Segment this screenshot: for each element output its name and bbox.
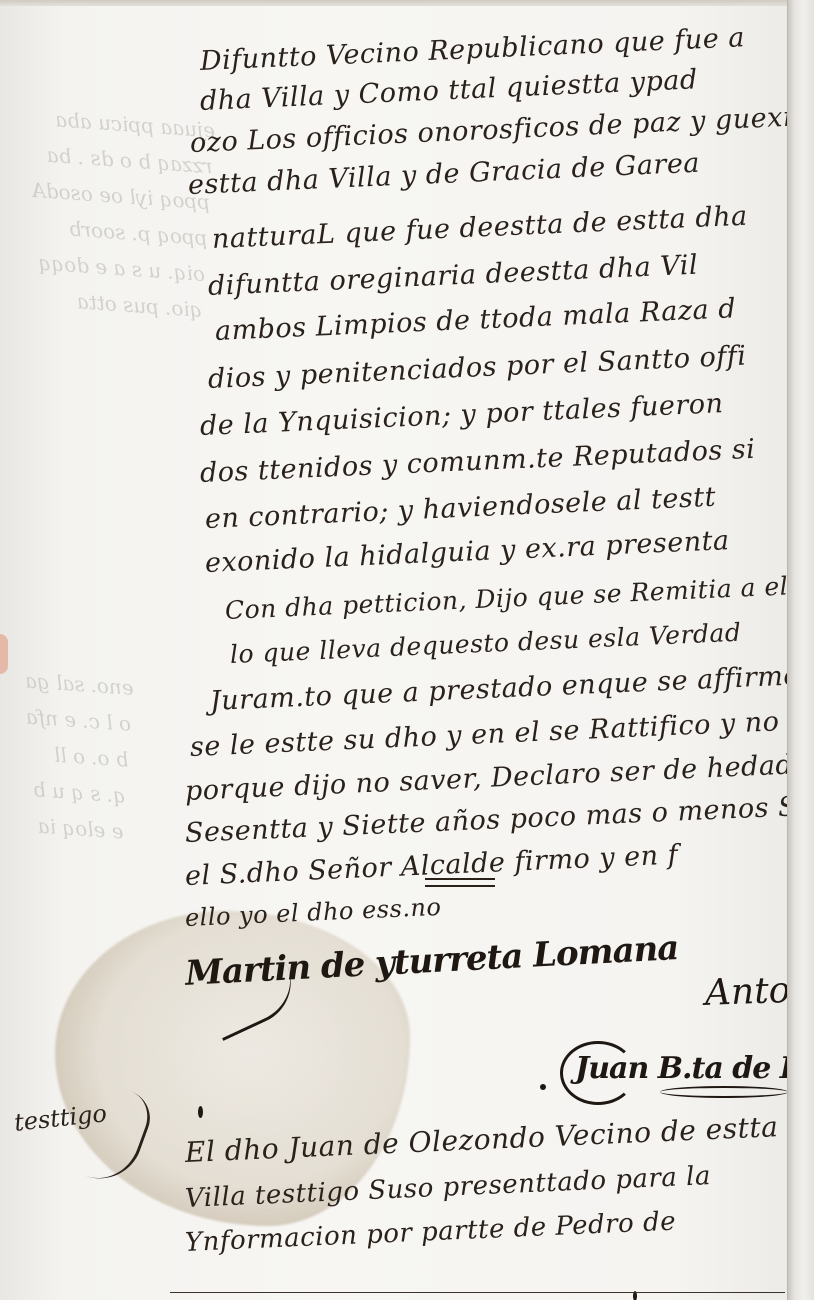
book-gutter — [787, 0, 814, 1300]
text-line: exonido la hidalguia y ex.ra presenta — [204, 525, 730, 579]
text-line: dios y penitenciados por el Santto offi — [207, 341, 747, 395]
text-line: lo que lleva dequesto desu esla Verdad — [229, 618, 742, 669]
bleed-through-text: ejuaa ppicu abarzzaq b o ds . bappoq iyl… — [23, 100, 217, 328]
ink-blot — [198, 1106, 203, 1118]
text-line: dos ttenidos y comunm.te Reputados si — [199, 434, 756, 489]
text-line: Juram.to que a prestado enque se affirmo — [209, 660, 790, 717]
bleed-through-text: eno. sal gao l c. e nfab o. o llq. s q u… — [14, 662, 135, 849]
text-line: Con dha petticion, Dijo que se Remitia a… — [224, 571, 790, 625]
text-line: difuntta oreginaria deestta dha Vil — [207, 250, 698, 302]
text-line: en contrario; y haviendosele al testt — [204, 482, 716, 535]
text-line: ello yo el dho ess.no — [184, 893, 442, 932]
signature-anton: Anton — [704, 969, 790, 1014]
ink-blot — [540, 1084, 546, 1090]
signature-notary: Juan B.ta de Lazcalzetta — [575, 1051, 790, 1086]
text-line: ambos Limpios de ttoda mala Raza d — [214, 293, 736, 347]
closing-flourish-rule — [425, 878, 495, 887]
bottom-rule — [170, 1292, 785, 1293]
text-line: natturaL que fue deestta de estta dha — [211, 201, 748, 255]
manuscript-page: ejuaa ppicu abarzzaq b o ds . bappoq iyl… — [0, 6, 790, 1300]
scanner-finger — [0, 634, 8, 674]
text-line: de la Ynquisicion; y por ttales fueron — [199, 388, 724, 442]
signature-rubric-rule — [660, 1086, 788, 1098]
